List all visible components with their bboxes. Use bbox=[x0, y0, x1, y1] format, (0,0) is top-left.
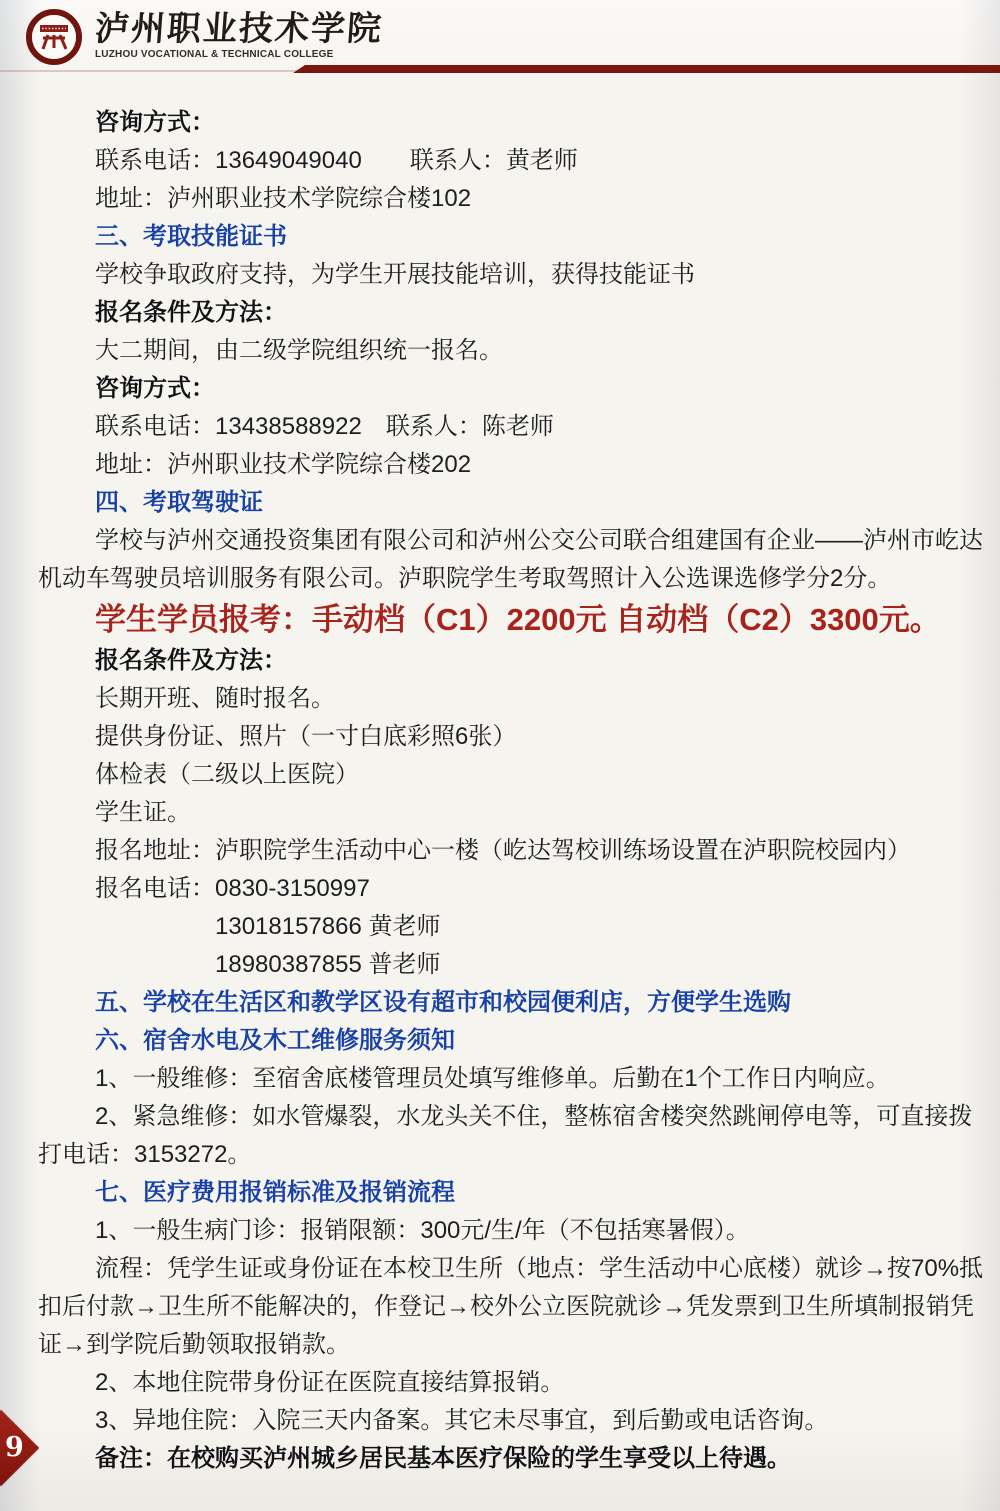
college-seal-icon bbox=[25, 8, 83, 66]
body-line: 地址：泸州职业技术学院综合楼102 bbox=[38, 180, 995, 218]
section-heading-7: 七、医疗费用报销标准及报销流程 bbox=[38, 1174, 995, 1212]
body-line: 报名地址：泸职院学生活动中心一楼（屹达驾校训练场设置在泸职院校园内） bbox=[38, 832, 995, 870]
body-paragraph: 2、紧急维修：如水管爆裂，水龙头关不住，整栋宿舍楼突然跳闸停电等，可直接拨打电话… bbox=[38, 1098, 995, 1174]
body-line: 报名电话：0830-3150997 bbox=[38, 870, 995, 908]
phone-line: 18980387855 普老师 bbox=[38, 946, 995, 984]
subheading: 咨询方式： bbox=[38, 104, 995, 142]
body-line: 联系电话：13438588922 联系人：陈老师 bbox=[38, 408, 995, 446]
college-name-zh: 泸州职业技术学院 bbox=[94, 10, 385, 48]
phone-line: 13018157866 黄老师 bbox=[38, 908, 995, 946]
section-heading-6: 六、宿舍水电及木工维修服务须知 bbox=[38, 1022, 995, 1060]
body-paragraph: 流程：凭学生证或身份证在本校卫生所（地点：学生活动中心底楼）就诊→按70%抵扣后… bbox=[38, 1250, 995, 1364]
college-title-block: 泸州职业技术学院 LUZHOU VOCATIONAL & TECHNICAL C… bbox=[95, 8, 383, 60]
subheading: 报名条件及方法： bbox=[38, 642, 995, 680]
college-header: 泸州职业技术学院 LUZHOU VOCATIONAL & TECHNICAL C… bbox=[25, 8, 383, 66]
body-line: 1、一般生病门诊：报销限额：300元/生/年（不包括寒暑假）。 bbox=[38, 1212, 995, 1250]
note-line: 备注：在校购买泸州城乡居民基本医疗保险的学生享受以上待遇。 bbox=[38, 1440, 995, 1478]
page-content: 咨询方式： 联系电话：13649049040 联系人：黄老师 地址：泸州职业技术… bbox=[38, 104, 995, 1478]
header-rule-dark bbox=[293, 65, 1000, 73]
body-line: 体检表（二级以上医院） bbox=[38, 756, 995, 794]
subheading: 报名条件及方法： bbox=[38, 294, 995, 332]
page-number: 9 bbox=[5, 1430, 24, 1466]
body-line: 提供身份证、照片（一寸白底彩照6张） bbox=[38, 718, 995, 756]
body-paragraph: 学校与泸州交通投资集团有限公司和泸州公交公司联合组建国有企业——泸州市屹达机动车… bbox=[38, 522, 995, 598]
body-line: 3、异地住院：入院三天内备案。其它未尽事宜，到后勤或电话咨询。 bbox=[38, 1402, 995, 1440]
body-line: 学校争取政府支持，为学生开展技能培训，获得技能证书 bbox=[38, 256, 995, 294]
body-line: 联系电话：13649049040 联系人：黄老师 bbox=[38, 142, 995, 180]
subheading: 咨询方式： bbox=[38, 370, 995, 408]
body-line: 大二期间，由二级学院组织统一报名。 bbox=[38, 332, 995, 370]
section-heading-5: 五、学校在生活区和教学区设有超市和校园便利店，方便学生选购 bbox=[38, 984, 995, 1022]
document-page: 泸州职业技术学院 LUZHOU VOCATIONAL & TECHNICAL C… bbox=[0, 0, 1000, 1511]
body-line: 2、本地住院带身份证在医院直接结算报销。 bbox=[38, 1364, 995, 1402]
section-heading-3: 三、考取技能证书 bbox=[38, 218, 995, 256]
body-line: 学生证。 bbox=[38, 794, 995, 832]
body-line: 地址：泸州职业技术学院综合楼202 bbox=[38, 446, 995, 484]
price-highlight-line: 学生学员报考：手动档（C1）2200元 自动档（C2）3300元。 bbox=[38, 598, 995, 642]
college-name-en: LUZHOU VOCATIONAL & TECHNICAL COLLEGE bbox=[95, 49, 383, 60]
section-heading-4: 四、考取驾驶证 bbox=[38, 484, 995, 522]
body-line: 1、一般维修：至宿舍底楼管理员处填写维修单。后勤在1个工作日内响应。 bbox=[38, 1060, 995, 1098]
body-line: 长期开班、随时报名。 bbox=[38, 680, 995, 718]
